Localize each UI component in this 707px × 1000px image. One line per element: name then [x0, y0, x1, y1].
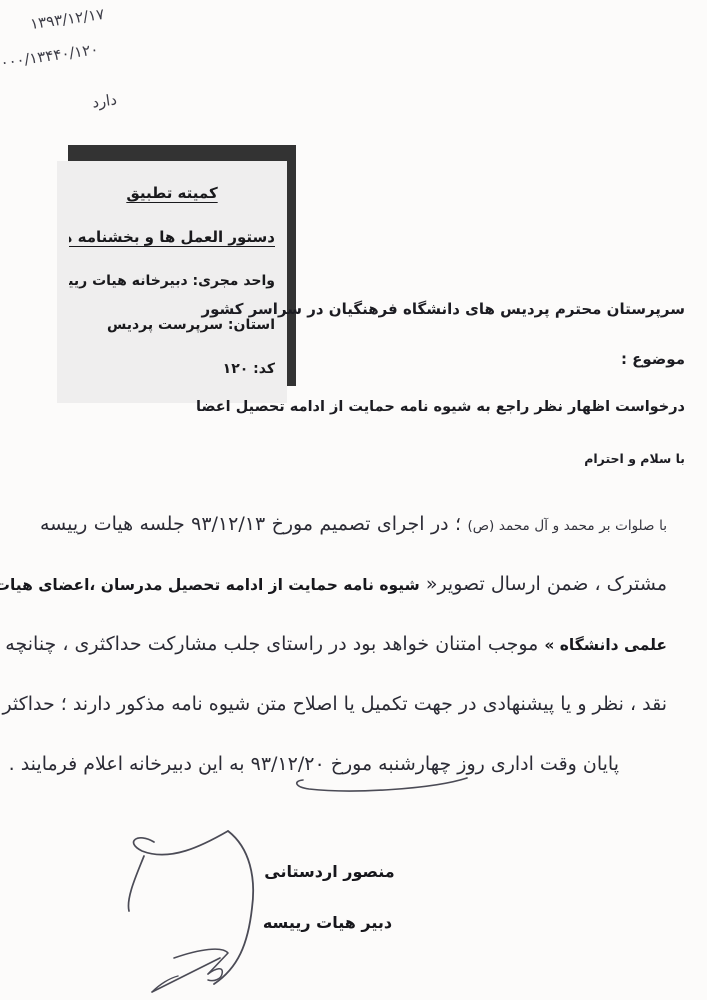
stamp-executing-unit: واحد مجری: دبیرخانه هیات رییسه — [69, 259, 275, 303]
body-line-2-text: مشترک ، ضمن ارسال تصویر« — [426, 573, 667, 595]
stamp-subtitle: دستور العمل ها و بخشنامه های اداری — [69, 215, 275, 259]
recipient-line: سرپرستان محترم پردیس های دانشگاه فرهنگیا… — [201, 300, 685, 318]
body-line-1: با صلوات بر محمد و آل محمد (ص) ؛ در اجرا… — [40, 494, 667, 554]
body-line-2-bold: شیوه نامه حمایت از ادامه تحصیل مدرسان ،ا… — [0, 576, 420, 594]
body-line-3-bold: علمی دانشگاه » — [544, 636, 667, 654]
body-line-3-text: موجب امتنان خواهد بود در راستای جلب مشار… — [0, 633, 538, 655]
salutation: با سلام و احترام — [584, 451, 685, 466]
body-line-2: مشترک ، ضمن ارسال تصویر« شیوه نامه حمایت… — [40, 554, 667, 614]
signature-scribble — [108, 806, 378, 998]
letter-body: با صلوات بر محمد و آل محمد (ص) ؛ در اجرا… — [40, 494, 667, 794]
body-line-4: نقد ، نظر و یا پیشنهادی در جهت تکمیل یا … — [40, 674, 667, 734]
stamp-code: کد: ۱۲۰ — [69, 347, 275, 391]
stamp-title: کمیته تطبیق — [69, 171, 275, 215]
letter-date: ۱۳۹۳/۱۲/۱۷ — [29, 5, 105, 33]
attachment-note: دارد — [91, 90, 118, 111]
scanned-letter-page: ۱۳۹۳/۱۲/۱۷ ۵۰۰۰۰/۱۳۴۴۰/۱۲۰ دارد کمیته تط… — [0, 0, 707, 1000]
compliance-stamp: کمیته تطبیق دستور العمل ها و بخشنامه های… — [57, 161, 287, 403]
invocation-text: با صلوات بر محمد و آل محمد (ص) — [467, 518, 667, 534]
letter-ref-number: ۵۰۰۰۰/۱۳۴۴۰/۱۲۰ — [0, 40, 100, 74]
body-line-1-text: ؛ در اجرای تصمیم مورخ ۹۳/۱۲/۱۳ جلسه هیات… — [40, 513, 461, 535]
handdrawn-underline — [283, 770, 483, 798]
body-line-3: علمی دانشگاه » موجب امتنان خواهد بود در … — [40, 614, 667, 674]
subject-label: موضوع : — [621, 350, 685, 368]
subject-line: درخواست اظهار نظر راجع به شیوه نامه حمای… — [196, 399, 685, 415]
